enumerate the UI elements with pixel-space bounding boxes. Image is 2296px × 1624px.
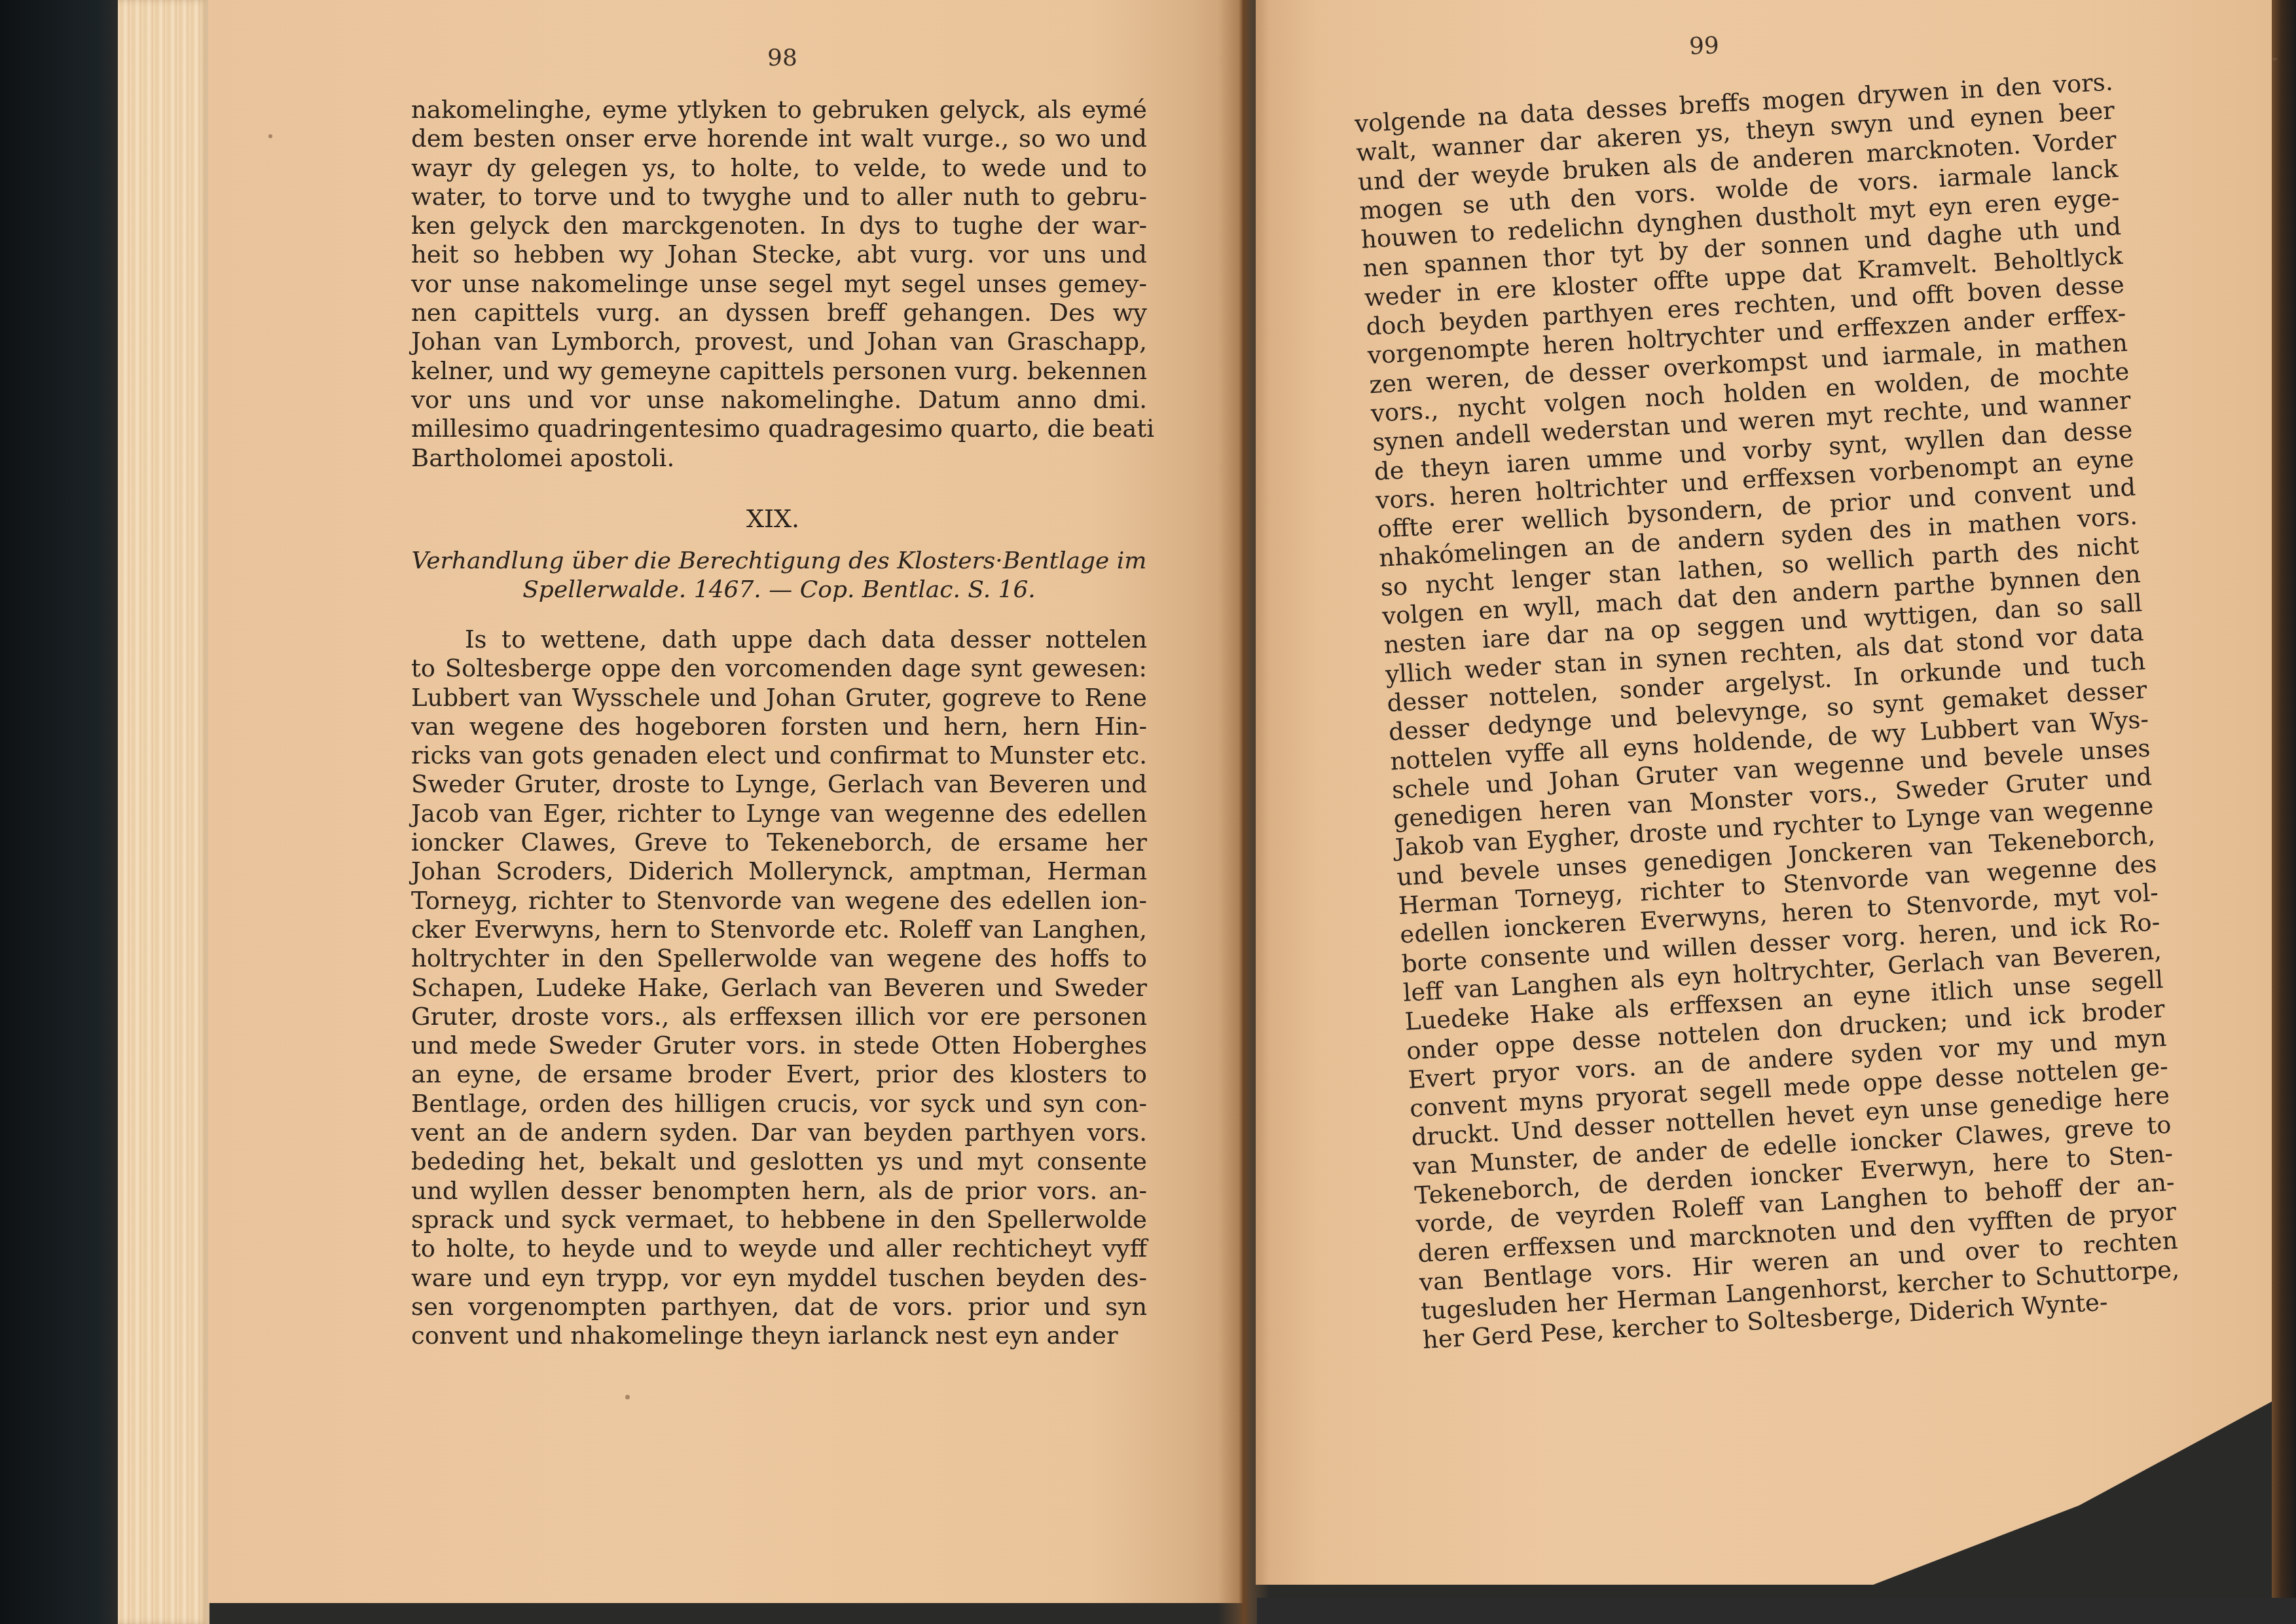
text-line: sprack und syck vermaet, to hebbene in d… [411,1206,1147,1234]
text-line: und mede Sweder Gruter vors. in stede Ot… [411,1031,1147,1060]
text-line: cker Everwyns, hern to Stenvorde etc. Ro… [411,915,1147,944]
text-line: Torneyg, richter to Stenvorde van wegene… [411,887,1147,915]
scan-blemish [2272,58,2277,60]
text-line: Gruter, droste vors., als erffexsen illi… [411,1003,1147,1031]
text-line: nakomelinghe, eyme ytlyken to gebruken g… [411,96,1147,124]
text-line: vor uns und vor unse nakomelinghe. Datum… [411,386,1147,415]
text-line: bededing het, bekalt und geslotten ys un… [411,1147,1147,1176]
page-number-right: 99 [1688,32,1719,60]
text-line: nen capittels vurg. an dyssen breff geha… [411,299,1147,327]
text-line: to Soltesberge oppe den vorcomenden dage… [411,654,1147,683]
text-line: water, to torve und to twyghe und to all… [411,183,1147,212]
book-page-edges [118,0,210,1624]
text-line: Is to wettene, dath uppe dach data desse… [411,625,1147,654]
section-title-line-2: Spellerwalde. 1467. — Cop. Bentlac. S. 1… [411,576,1147,604]
text-line: convent und nhakomelinge theyn iarlanck … [411,1321,1147,1350]
page-number-left: 98 [767,45,797,71]
text-line: ware und eyn trypp, vor eyn myddel tusch… [411,1264,1147,1293]
scan-bottom-strip [1257,1598,2296,1624]
book-gutter [1218,0,1270,1624]
right-page-text-wrapper: volgende na data desses breffs mogen dry… [1354,67,2182,1356]
section-number: XIX. [746,504,799,533]
text-line: Bartholomei apostoli. [411,444,1147,473]
text-line: und wyllen desser benompten hern, als de… [411,1177,1147,1206]
text-line: Jacob van Eger, richter to Lynge van weg… [411,800,1147,828]
text-line: Johan van Lymborch, provest, und Johan v… [411,327,1147,356]
right-page-text: volgende na data desses breffs mogen dry… [1354,67,2182,1356]
text-line: ioncker Clawes, Greve to Tekeneborch, de… [411,828,1147,857]
text-line: heit so hebben wy Johan Stecke, abt vurg… [411,240,1147,269]
text-line: dem besten onser erve horende int walt v… [411,124,1147,153]
scan-blemish [268,134,272,138]
text-line: vor unse nakomelinge unse segel myt sege… [411,270,1147,299]
scan-blemish [625,1395,630,1399]
text-line: to holte, to heyde und to weyde und alle… [411,1234,1147,1263]
text-line: ricks van gots genaden elect und confirm… [411,741,1147,770]
section-title-line-1: Verhandlung über die Berechtigung des Kl… [411,547,1147,576]
text-line: kelner, und wy gemeyne capittels persone… [411,357,1147,386]
text-line: wayr dy gelegen ys, to holte, to velde, … [411,154,1147,183]
section-title: Verhandlung über die Berechtigung des Kl… [411,547,1147,604]
text-line: Schapen, Ludeke Hake, Gerlach van Bevere… [411,974,1147,1003]
section-body-text: Is to wettene, dath uppe dach data desse… [411,625,1147,1350]
text-line: Sweder Gruter, droste to Lynge, Gerlach … [411,770,1147,799]
text-line: Johan Scroders, Diderich Mollerynck, amp… [411,857,1147,886]
text-line: ken gelyck den marckgenoten. In dys to t… [411,212,1147,240]
text-line: holtrychter in den Spellerwolde van wege… [411,944,1147,973]
left-page-continuation-text: nakomelinghe, eyme ytlyken to gebruken g… [411,96,1147,473]
text-line: vent an de andern syden. Dar van beyden … [411,1118,1147,1147]
text-line: an eyne, de ersame broder Evert, prior d… [411,1060,1147,1089]
text-line: Bentlage, orden des hilligen crucis, vor… [411,1090,1147,1118]
text-line: sen vorgenompten parthyen, dat de vors. … [411,1293,1147,1321]
text-line: millesimo quadringentesimo quadragesimo … [411,415,1147,443]
book-right-edge [2272,0,2296,1624]
text-line: van wegene des hogeboren forsten und her… [411,712,1147,741]
text-line: Lubbert van Wysschele und Johan Gruter, … [411,684,1147,712]
